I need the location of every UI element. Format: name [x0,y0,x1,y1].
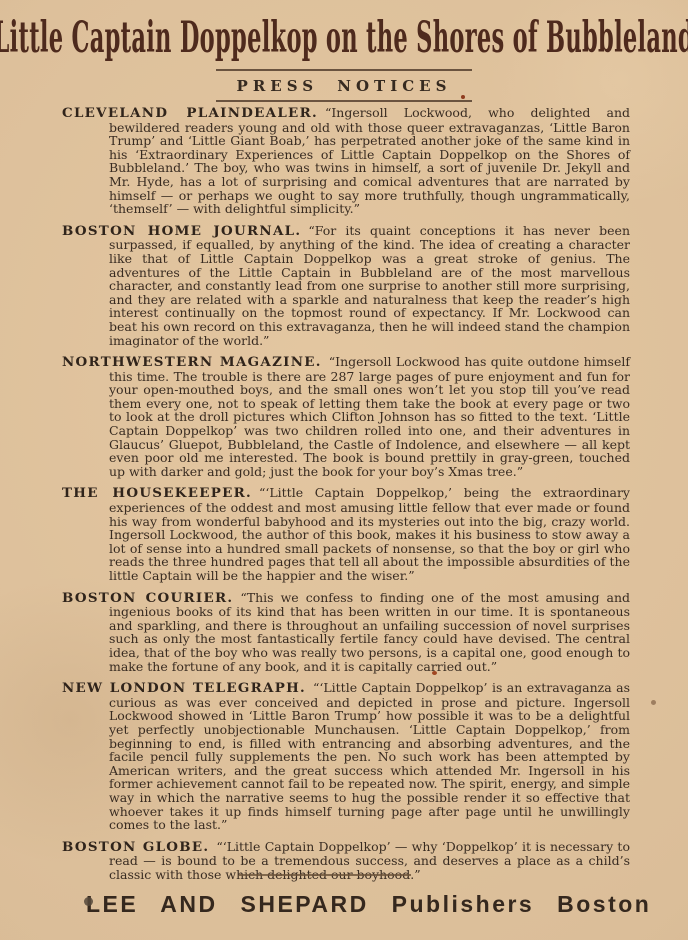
notice-source: NORTHWESTERN MAGAZINE. [62,354,322,370]
ink-speck [651,700,656,705]
notice-quote: “Ingersoll Lockwood, who delighted and b… [109,105,630,216]
press-notices-header: PRESS NOTICES [0,69,688,102]
advertisement-page: Little Captain Doppelkop on the Shores o… [0,0,688,940]
notice-source: NEW LONDON TELEGRAPH. [62,680,306,696]
footer-rule [239,874,411,876]
press-notice-the-housekeeper: THE HOUSEKEEPER.“‘Little Captain Doppelk… [62,486,630,582]
book-title: Little Captain Doppelkop on the Shores o… [0,13,688,59]
notice-source: BOSTON GLOBE. [62,839,209,855]
ink-speck [432,671,437,675]
notice-quote: “For its quaint conceptions it has never… [109,223,630,348]
header-rule-bottom [216,100,472,102]
press-notice-boston-courier: BOSTON COURIER.“This we confess to findi… [62,591,630,674]
press-notices-list: CLEVELAND PLAINDEALER.“Ingersoll Lockwoo… [62,106,630,889]
press-notice-new-london-telegraph: NEW LONDON TELEGRAPH.“‘Little Captain Do… [62,681,630,832]
press-notice-cleveland-plaindealer: CLEVELAND PLAINDEALER.“Ingersoll Lockwoo… [62,106,630,216]
press-notice-northwestern-magazine: NORTHWESTERN MAGAZINE.“Ingersoll Lockwoo… [62,355,630,478]
ink-speck [461,95,465,99]
book-title-text: Little Captain Doppelkop on the Shores o… [0,13,688,62]
notice-source: CLEVELAND PLAINDEALER. [62,105,318,121]
press-notice-boston-home-journal: BOSTON HOME JOURNAL.“For its quaint conc… [62,224,630,347]
press-notices-label: PRESS NOTICES [0,71,688,100]
notice-quote: “Ingersoll Lockwood has quite outdone hi… [109,354,630,479]
header-rule-top [216,69,472,71]
ink-blemish [84,897,93,906]
publisher-line: LEE AND SHEPARD Publishers Boston [86,891,651,918]
notice-quote: “‘Little Captain Doppelkop’ is an extrav… [109,680,630,832]
notice-quote: “‘Little Captain Doppelkop,’ being the e… [109,485,630,583]
notice-source: THE HOUSEKEEPER. [62,485,252,501]
notice-source: BOSTON HOME JOURNAL. [62,223,301,239]
notice-source: BOSTON COURIER. [62,590,233,606]
